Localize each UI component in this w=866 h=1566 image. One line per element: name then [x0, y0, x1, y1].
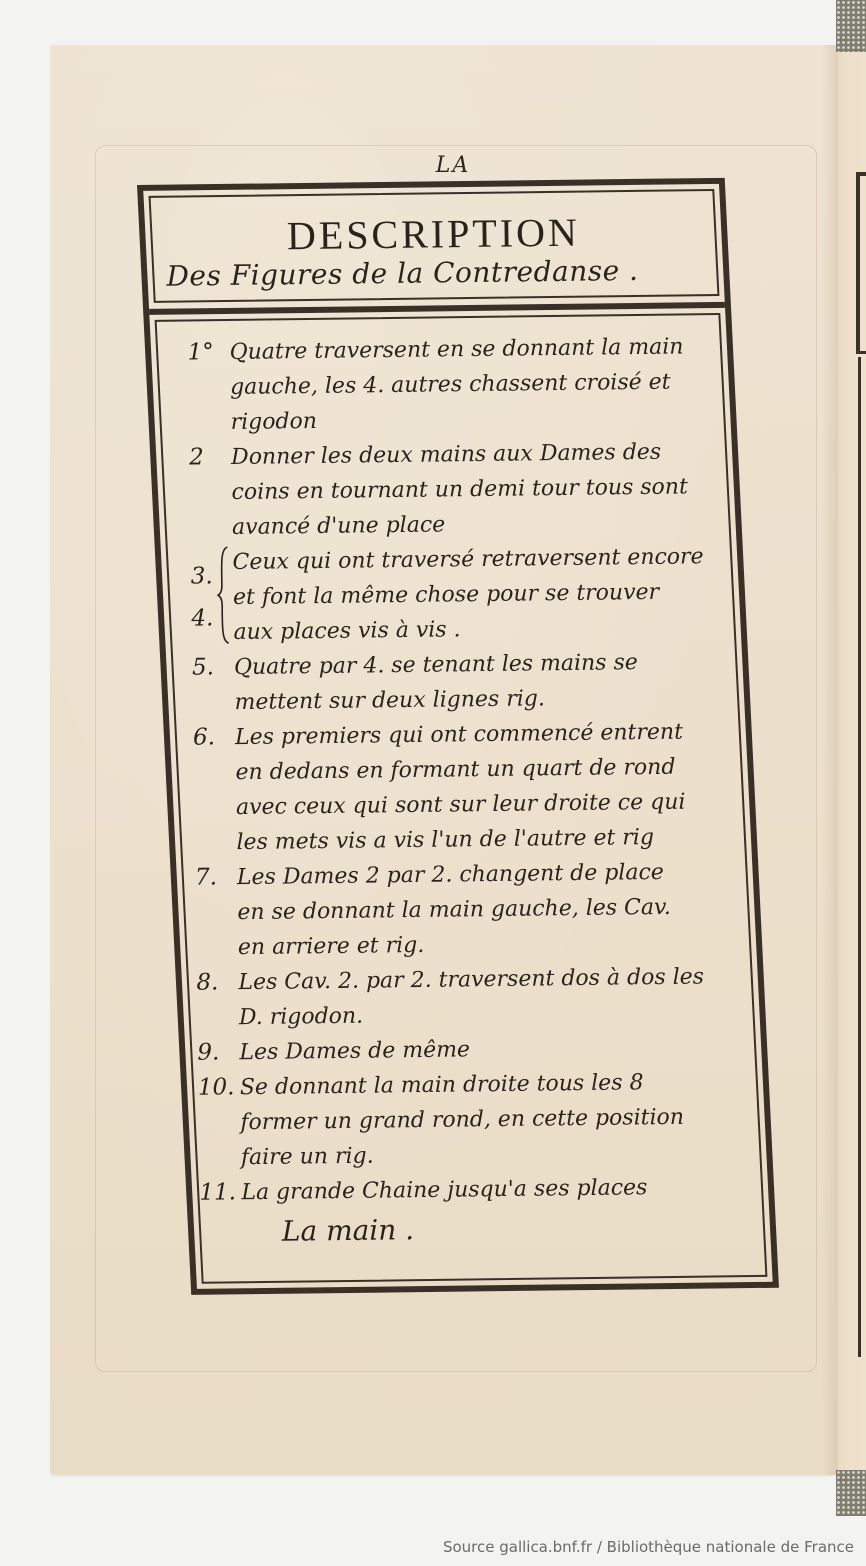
- engraved-frame: DESCRIPTION Des Figures de la Contredans…: [137, 178, 779, 1295]
- figure-number: 6.: [193, 720, 235, 756]
- figure-line: avec ceux qui sont sur leur droite ce qu…: [236, 784, 734, 825]
- figure-line: coins en tournant un demi tour tous sont: [231, 469, 729, 510]
- figure-item: 2 Donner les deux mains aux Dames des co…: [189, 434, 730, 546]
- figure-line: La grande Chaine jusqu'a ses places: [241, 1169, 739, 1210]
- binding-ribbon-bottom: [836, 1470, 866, 1516]
- figures-list: 1° Quatre traversent en se donnant la ma…: [187, 329, 740, 1255]
- figure-line: aux places vis à vis .: [233, 609, 731, 650]
- figure-number: 7.: [195, 860, 237, 896]
- figure-item: 6. Les premiers qui ont commencé entrent…: [193, 714, 735, 861]
- figure-item: 1° Quatre traversent en se donnant la ma…: [187, 329, 728, 441]
- source-attribution: Source gallica.bnf.fr / Bibliothèque nat…: [443, 1538, 854, 1556]
- facing-page-edge: [834, 52, 866, 1472]
- figure-line: former un grand rond, en cette position: [240, 1099, 738, 1140]
- figures-panel: 1° Quatre traversent en se donnant la ma…: [155, 313, 768, 1284]
- figure-line: en se donnant la main gauche, les Cav.: [237, 889, 735, 930]
- figure-item: 5. Quatre par 4. se tenant les mains se …: [192, 644, 733, 721]
- figure-number: 5.: [192, 650, 234, 686]
- figure-item: 11. La grande Chaine jusqu'a ses places: [199, 1169, 739, 1211]
- facing-page-frame-fragment: [856, 172, 866, 354]
- figure-number: 11.: [199, 1175, 241, 1211]
- figure-number: 10.: [198, 1070, 240, 1106]
- figure-number: 1°: [187, 335, 229, 371]
- figure-number: 3.: [191, 559, 213, 594]
- figure-item: 8. Les Cav. 2. par 2. traversent dos à d…: [196, 959, 737, 1036]
- figure-number: 9.: [197, 1035, 239, 1071]
- figure-item: 7. Les Dames 2 par 2. changent de place …: [195, 854, 736, 966]
- figure-number: 8.: [196, 965, 238, 1001]
- facing-page-frame-fragment: [858, 357, 866, 1357]
- figure-line: gauche, les 4. autres chassent croisé et: [230, 364, 728, 405]
- running-head: LA: [50, 153, 836, 178]
- curly-brace-icon: [216, 545, 229, 645]
- figure-number: 4.: [191, 601, 213, 636]
- title-cartouche: DESCRIPTION Des Figures de la Contredans…: [149, 189, 720, 303]
- page-title: DESCRIPTION: [152, 207, 714, 261]
- figure-line: Les Cav. 2. par 2. traversent dos à dos …: [238, 959, 736, 1000]
- figure-item: 10. Se donnant la main droite tous les 8…: [198, 1064, 739, 1176]
- figure-line: et font la même chose pour se trouver: [233, 574, 731, 615]
- scanned-page: LA DESCRIPTION Des Figures de la Contred…: [50, 45, 836, 1475]
- binding-ribbon-top: [836, 0, 866, 52]
- closing-line: La main .: [200, 1204, 740, 1255]
- figure-number: 2: [189, 440, 231, 476]
- figure-item-bracketed: 3. 4. Ceux qui ont traversé retraversent…: [190, 539, 731, 651]
- page-subtitle: Des Figures de la Contredanse .: [166, 253, 716, 293]
